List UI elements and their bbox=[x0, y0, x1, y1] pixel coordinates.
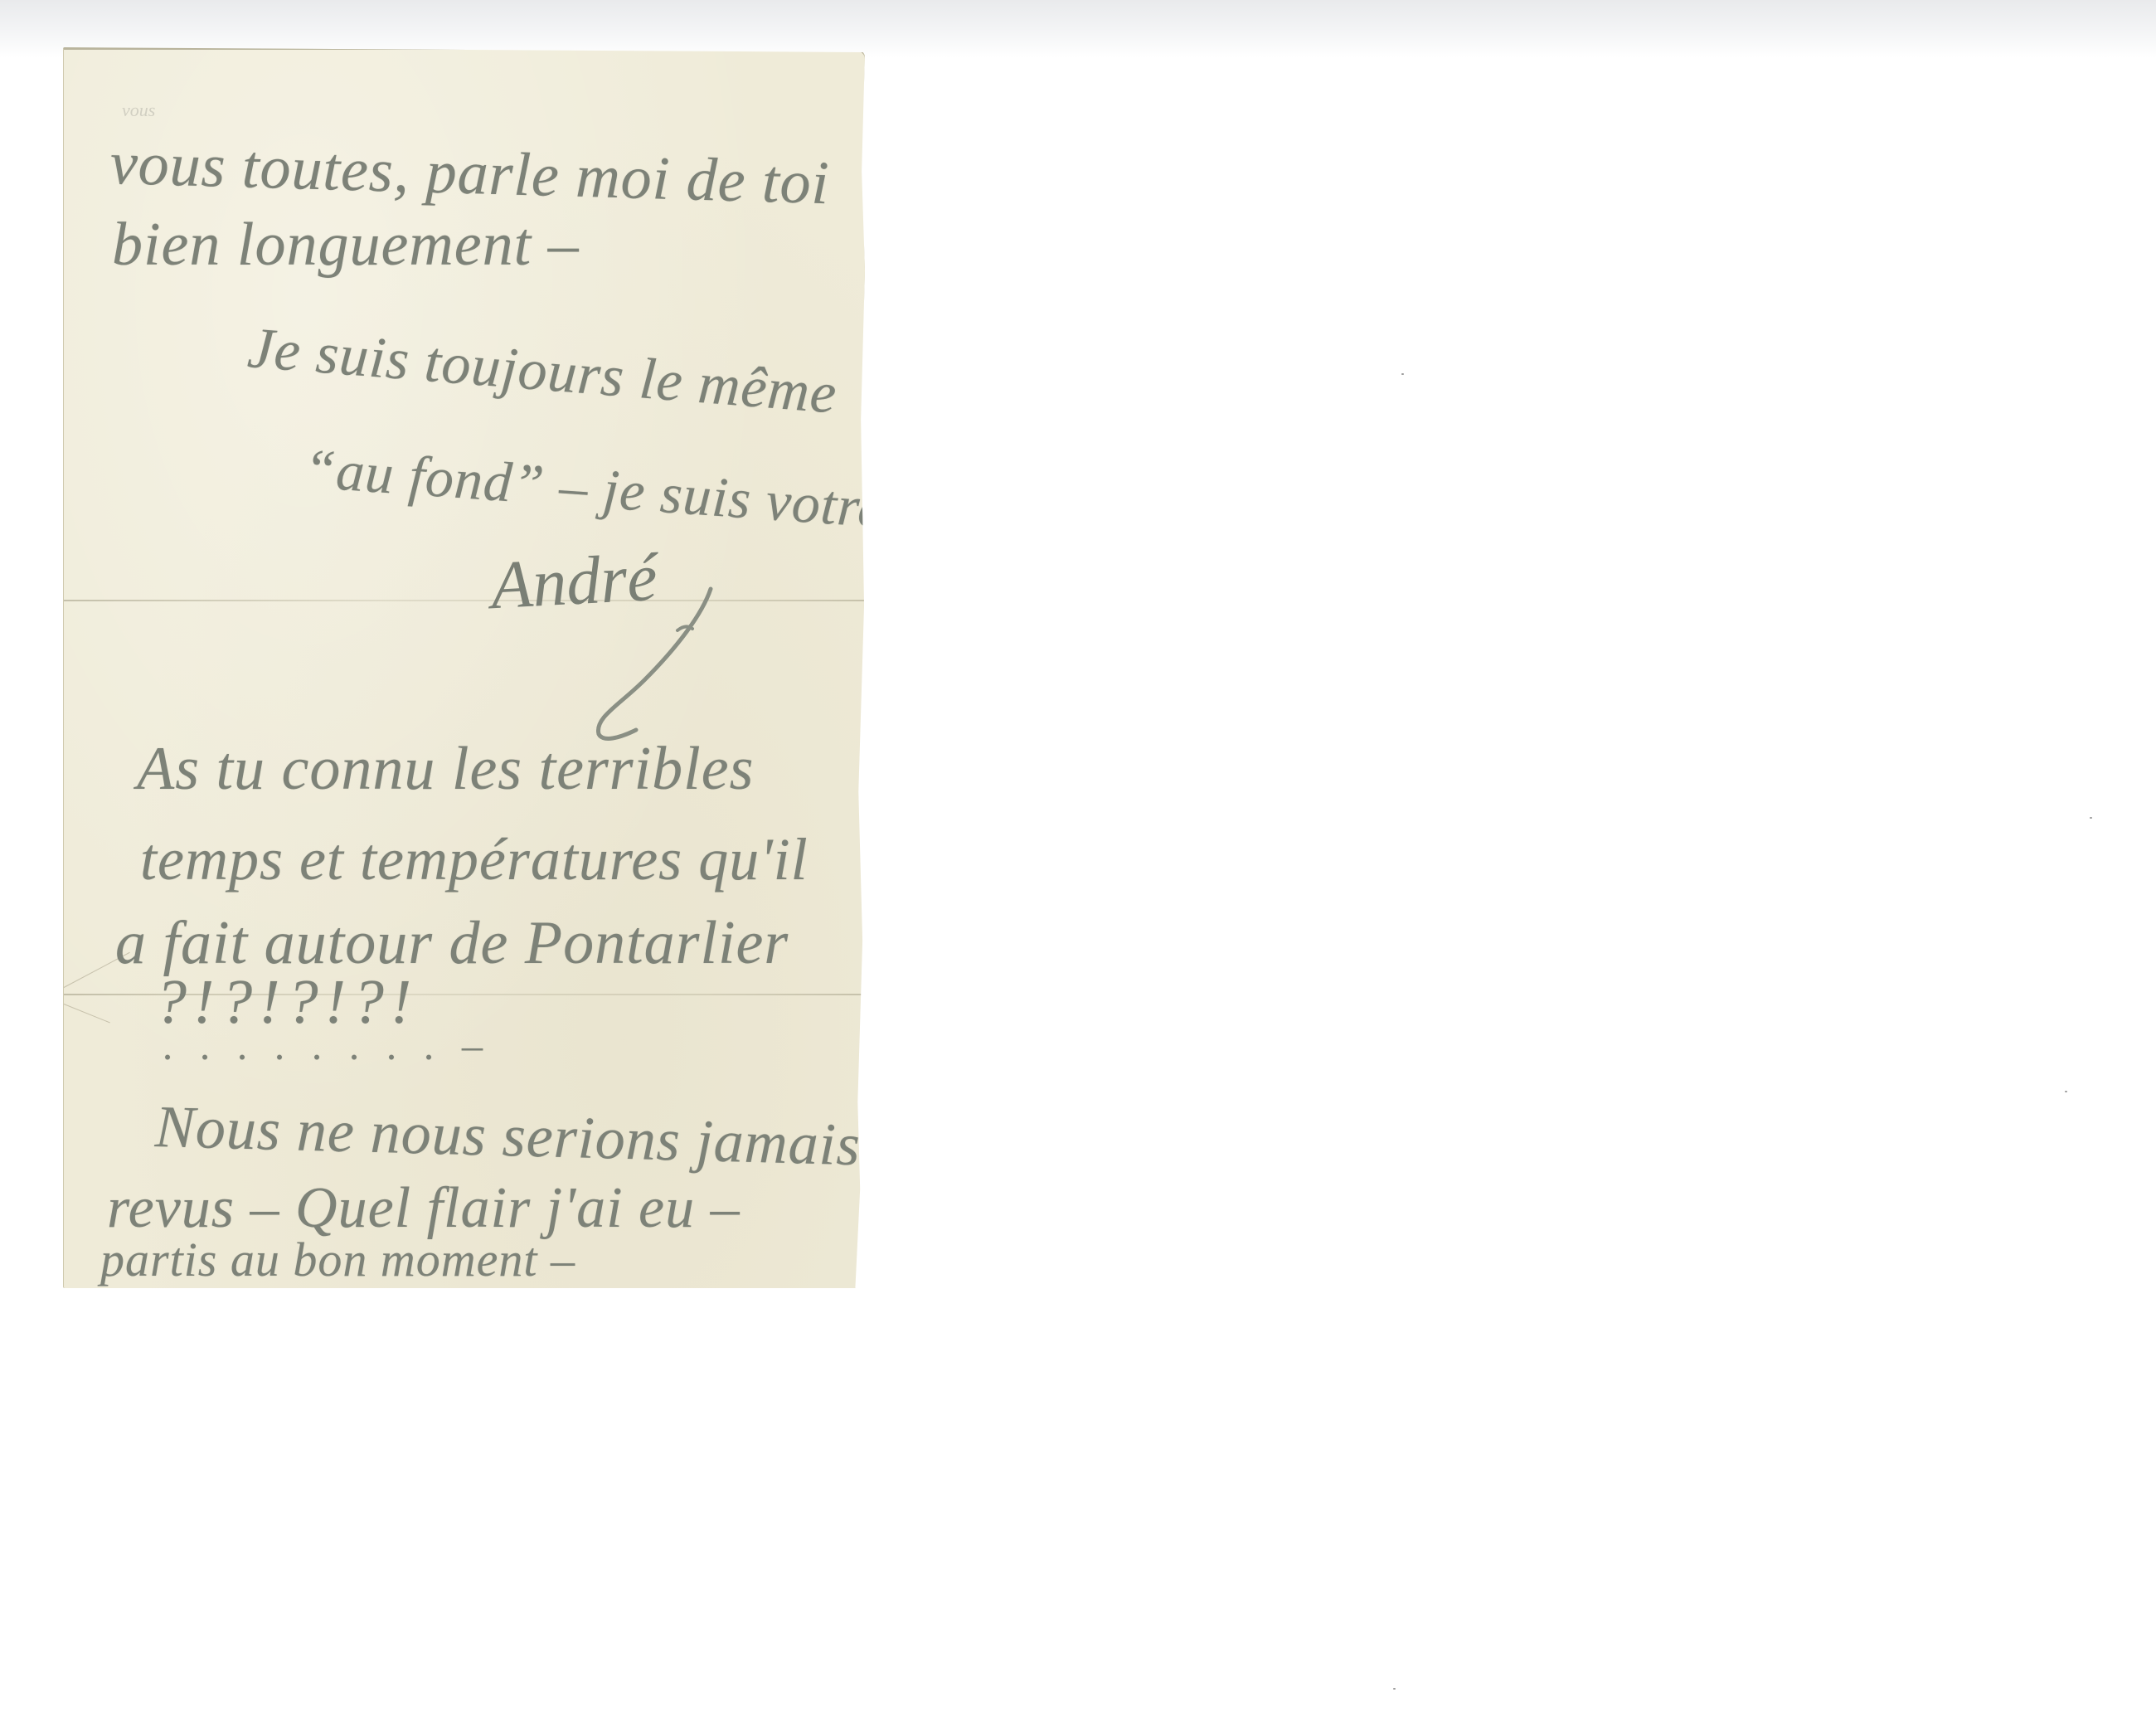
fold-line-upper bbox=[64, 600, 865, 601]
letter-line: “au fond” – je suis votre bbox=[303, 440, 886, 537]
letter-line: Je suis toujours le même bbox=[245, 319, 839, 424]
faint-offset-mark: vous bbox=[122, 100, 155, 121]
letter-line: a fait autour de Pontarlier bbox=[115, 912, 789, 974]
letter-line: partis au bon moment – bbox=[100, 1236, 575, 1284]
scan-speck bbox=[2065, 1091, 2067, 1092]
scan-speck bbox=[2090, 817, 2092, 819]
letter-line: Nous ne nous serions jamais bbox=[154, 1097, 862, 1175]
letter-line: As tu connu les terribles bbox=[137, 738, 754, 800]
scan-speck bbox=[1393, 1688, 1396, 1690]
letter-page: vous vous toutes, parle moi de toi bien … bbox=[63, 47, 865, 1288]
letter-line: vous toutes, parle moi de toi bbox=[109, 133, 830, 214]
scan-speck bbox=[1401, 373, 1404, 375]
letter-line: temps et températures qu'il bbox=[140, 829, 808, 889]
letter-line-dots: . . . . . . . . – bbox=[163, 1024, 491, 1066]
corner-crease bbox=[64, 1004, 110, 1023]
signature-flourish bbox=[578, 581, 744, 747]
letter-line: bien longuement – bbox=[112, 214, 580, 275]
letter-line: revus – Quel flair j'ai eu – bbox=[107, 1179, 741, 1238]
